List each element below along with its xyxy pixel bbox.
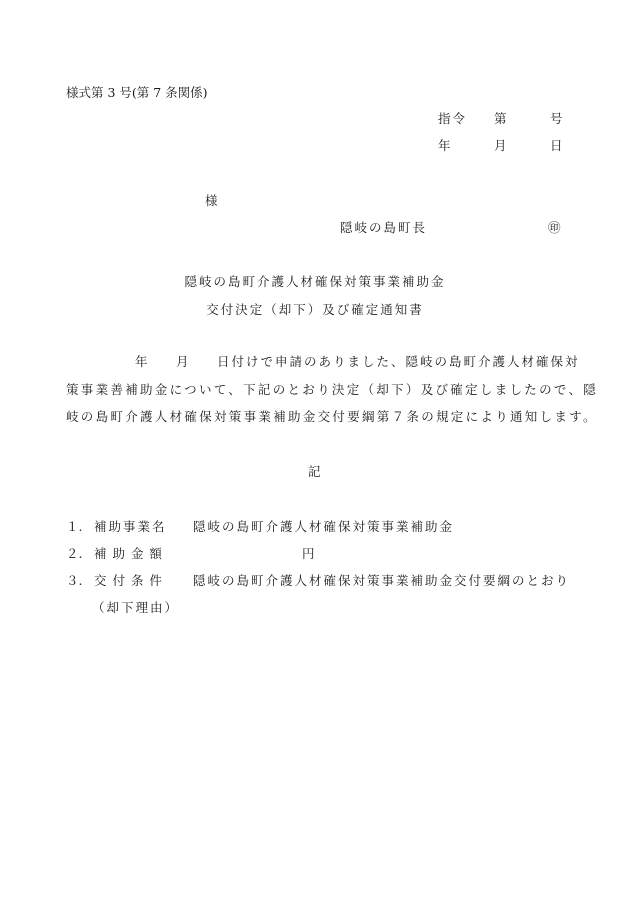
- item-2-value: 円: [302, 546, 315, 562]
- item-2-number: ２.: [66, 546, 82, 562]
- title-line-1: 隠岐の島町介護人材確保対策事業補助金: [0, 274, 630, 290]
- item-1-label: 補助事業名: [94, 519, 167, 535]
- item-3-label: 交 付 条 件: [94, 573, 163, 589]
- header-year: 年: [438, 138, 451, 154]
- title-line-2: 交付決定（却下）及び確定通知書: [0, 302, 630, 318]
- body-line-1: 日付けで申請のありました、隠岐の島町介護人材確保対: [217, 354, 580, 370]
- body-line-2: 策事業善補助金について、下記のとおり決定（却下）及び確定しましたので、隠: [66, 382, 598, 398]
- item-2-label: 補 助 金 額: [94, 546, 163, 562]
- item-1-number: １.: [66, 519, 82, 535]
- seal-mark: ㊞: [548, 220, 561, 236]
- header-day: 日: [550, 138, 563, 154]
- header-dai: 第: [494, 111, 507, 127]
- header-directive: 指令: [438, 111, 467, 127]
- item-3-number: ３.: [66, 573, 82, 589]
- form-label: 様式第 3 号(第 7 条関係): [66, 85, 208, 101]
- item-1-value: 隠岐の島町介護人材確保対策事業補助金: [193, 519, 454, 535]
- body-line-3: 岐の島町介護人材確保対策事業補助金交付要綱第７条の規定により通知します。: [66, 409, 598, 425]
- header-go: 号: [550, 111, 563, 127]
- item-3-value: 隠岐の島町介護人材確保対策事業補助金交付要綱のとおり: [193, 573, 570, 589]
- rejection-reason: （却下理由）: [92, 600, 179, 616]
- body-year: 年: [135, 354, 148, 370]
- ki-heading: 記: [308, 464, 321, 480]
- body-month: 月: [176, 354, 189, 370]
- issuer-name: 隠岐の島町長: [340, 220, 427, 236]
- recipient-suffix: 様: [205, 193, 218, 209]
- header-month: 月: [494, 138, 507, 154]
